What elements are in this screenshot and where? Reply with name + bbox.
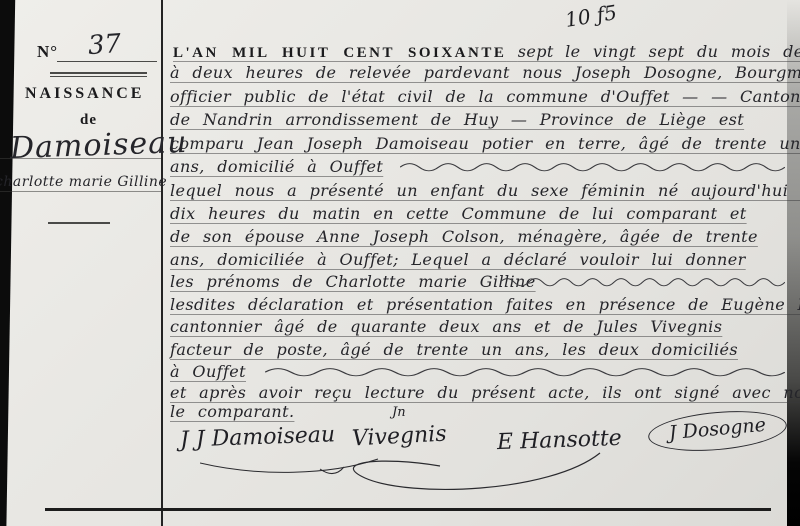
folio-annotation: 10 ƒ5 (563, 0, 618, 32)
printed-year-text: L'AN MIL HUIT CENT SOIXANTE (173, 45, 506, 61)
margin-rule-1 (0, 158, 161, 159)
act-line: à Ouffet (170, 362, 246, 381)
act-line: à deux heures de relevée pardevant nous … (170, 63, 800, 82)
margin-separator-line (161, 0, 163, 526)
signature-witness1: Vivegnis (351, 422, 447, 452)
filler-squiggle (400, 160, 785, 172)
act-line-heading: L'AN MIL HUIT CENT SOIXANTE sept le ving… (173, 42, 800, 62)
act-line: facteur de poste, âgé de trente un ans, … (170, 340, 738, 359)
margin-double-rule-bottom (50, 76, 147, 77)
margin-dash (48, 222, 110, 224)
act-line: de son épouse Anne Joseph Colson, ménagè… (170, 227, 758, 246)
naissance-title: NAISSANCE (25, 85, 144, 103)
margin-rule-2 (0, 191, 161, 192)
act-number-label: N° (37, 42, 58, 62)
date-script: le vingt sept du mois de Novembre (565, 42, 800, 61)
filler-squiggle (265, 365, 785, 377)
act-line: lesdites déclaration et présentation fai… (170, 295, 800, 314)
act-line: officier public de l'état civil de la co… (170, 87, 800, 106)
year-suffix-script: sept (518, 42, 554, 61)
margin-double-rule-top (50, 72, 147, 74)
naissance-of-label: de (80, 112, 97, 129)
book-gutter-shadow (0, 0, 16, 526)
margin-surname: Damoiseau (9, 125, 188, 166)
scanned-birth-record: N° 37 NAISSANCE de Damoiseau charlotte m… (0, 0, 800, 526)
act-number-value: 37 (87, 29, 122, 61)
filler-squiggle (500, 275, 785, 287)
record-bottom-rule (45, 508, 771, 511)
act-line: ans, domiciliée à Ouffet; Lequel a décla… (170, 250, 746, 269)
signature-flourish (200, 455, 380, 480)
act-line: ans, domicilié à Ouffet (170, 157, 383, 176)
signature-officer: J Dosogne (647, 406, 789, 456)
act-line: dix heures du matin en cette Commune de … (170, 204, 747, 223)
act-line: le comparant. (170, 402, 294, 421)
act-number-underline (57, 61, 157, 62)
act-line: de Nandrin arrondissement de Huy — Provi… (170, 110, 744, 129)
margin-given-names: charlotte marie Gilline (0, 174, 167, 190)
act-line: lequel nous a présenté un enfant du sexe… (170, 181, 800, 200)
act-line: les prénoms de Charlotte marie Gilline (170, 272, 536, 291)
act-line: comparu Jean Joseph Damoiseau potier en … (170, 134, 800, 153)
act-line: cantonnier âgé de quarante deux ans et d… (170, 317, 722, 336)
signature-witness1-initial: Jn (392, 405, 406, 420)
act-line: et après avoir reçu lecture du présent a… (170, 383, 800, 402)
